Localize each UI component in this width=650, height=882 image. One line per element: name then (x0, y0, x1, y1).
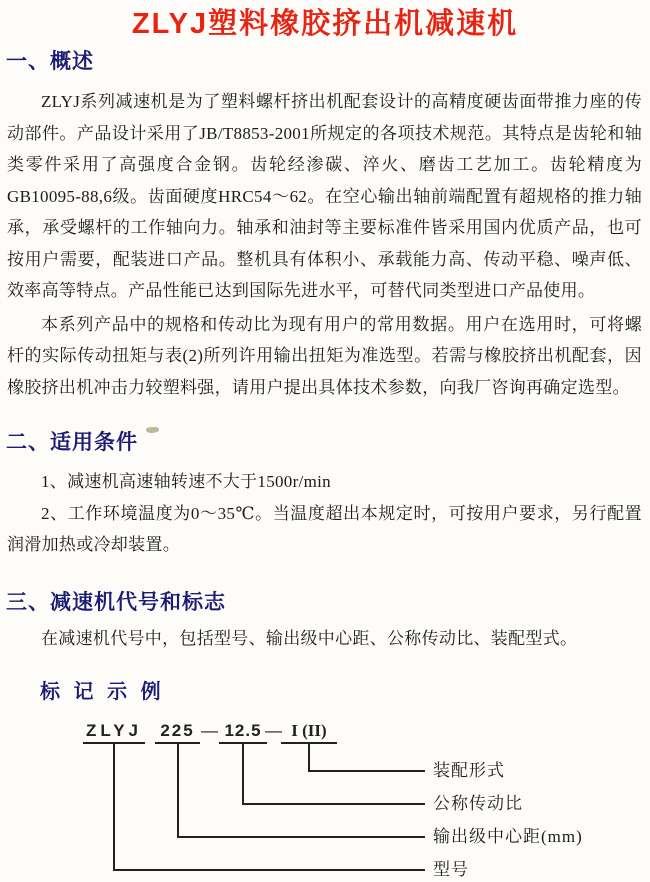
leader-line-ratio-horizontal (242, 803, 425, 805)
leader-line-model-vertical (113, 744, 115, 871)
section-designation-heading: 三、减速机代号和标志 (6, 591, 650, 615)
code-separator-dash: — (265, 721, 282, 740)
label-nominal-ratio: 公称传动比 (433, 793, 523, 815)
section-conditions-heading: 二、适用条件 (6, 431, 650, 455)
marking-example-diagram: ZLYJ 225 — 12.5 — I (II) 装配形式 公称传动比 输出级中… (0, 715, 650, 882)
leader-line-center-distance-horizontal (177, 836, 425, 838)
leader-line-assembly-vertical (308, 744, 310, 772)
code-segment-model: ZLYJ (83, 721, 145, 744)
label-output-center-distance: 输出级中心距(mm) (433, 826, 583, 848)
document-title: ZLYJ塑料橡胶挤出机减速机 (0, 0, 650, 41)
code-segment-ratio: 12.5 (219, 721, 267, 744)
overview-paragraph-2: 本系列产品中的规格和传动比为现有用户的常用数据。用户在选用时，可将螺杆的实际传动… (7, 309, 642, 404)
code-separator-dash: — (201, 721, 218, 740)
code-segment-center-distance: 225 (155, 721, 200, 744)
section-overview-heading: 一、概述 (6, 50, 650, 74)
overview-paragraph-1: ZLYJ系列减速机是为了塑料螺杆挤出机配套设计的高精度硬齿面带推力座的传动部件。… (7, 86, 642, 307)
marking-example-heading: 标 记 示 例 (40, 680, 650, 704)
condition-item-2: 2、工作环境温度为0～35℃。当温度超出本规定时，可按用户要求，另行配置润滑加热… (7, 498, 642, 561)
code-segment-assembly: I (II) (281, 721, 337, 744)
label-model: 型号 (433, 859, 469, 881)
document-page: ZLYJ塑料橡胶挤出机减速机 一、概述 ZLYJ系列减速机是为了塑料螺杆挤出机配… (0, 0, 650, 882)
designation-paragraph: 在减速机代号中，包括型号、输出级中心距、公称传动比、装配型式。 (7, 623, 642, 655)
leader-line-assembly-horizontal (308, 770, 425, 772)
leader-line-ratio-vertical (242, 744, 244, 805)
leader-line-model-horizontal (113, 869, 425, 871)
label-assembly-form: 装配形式 (433, 760, 505, 782)
condition-item-1: 1、减速机高速轴转速不大于1500r/min (7, 466, 642, 498)
leader-line-center-distance-vertical (177, 744, 179, 838)
